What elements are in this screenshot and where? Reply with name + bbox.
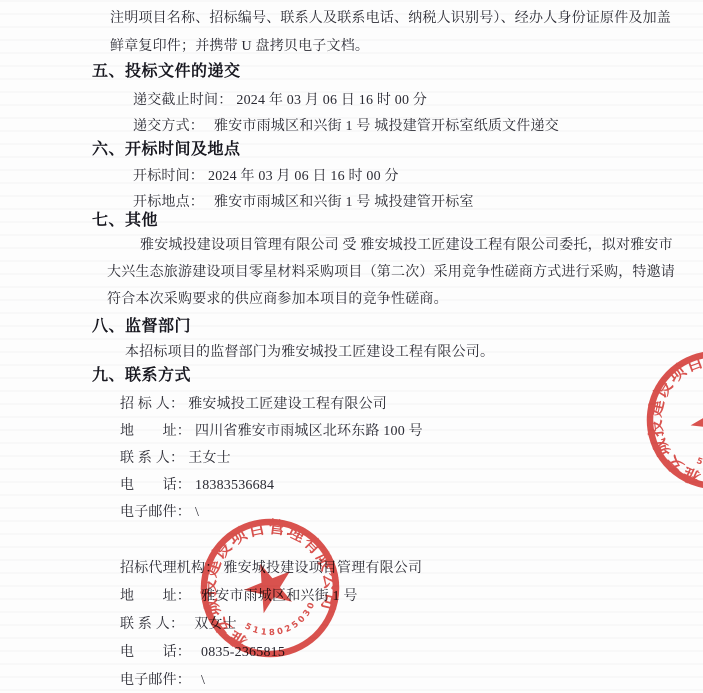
submission-method-line: 递交方式：雅安市雨城区和兴街 1 号 城投建管开标室纸质文件递交 xyxy=(133,118,559,135)
other-paragraph-line-2: 大兴生态旅游建设项目零星材料采购项目（第二次）采用竞争性磋商方式进行采购，特邀请 xyxy=(107,264,675,281)
opening-place-line: 开标地点：雅安市雨城区和兴街 1 号 城投建管开标室 xyxy=(133,194,474,211)
other-paragraph-line-3: 符合本次采购要求的供应商参加本项目的竞争性磋商。 xyxy=(107,291,448,308)
agency-email-line: 电子邮件：\ xyxy=(120,672,205,689)
opening-place-label: 开标地点： xyxy=(133,195,204,210)
other-paragraph-line-1: 雅安城投建设项目管理有限公司 受 雅安城投工匠建设工程有限公司委托，拟对雅安市 xyxy=(140,237,673,254)
tenderer-address-line: 地 址：四川省雅安市雨城区北环东路 100 号 xyxy=(120,423,423,440)
svg-text:雅安城投建设项目管理有限公司: 雅安城投建设项目管理有限公司 xyxy=(631,335,703,498)
supervision-body: 本招标项目的监督部门为雅安城投工匠建设工程有限公司。 xyxy=(125,344,494,361)
document-page: 注明项目名称、招标编号、联系人及联系电话、纳税人识别号）、经办人身份证原件及加盖… xyxy=(0,0,703,693)
seal-star-icon xyxy=(682,385,703,450)
tenderer-phone-value: 18383536684 xyxy=(195,478,274,493)
section6-heading: 六、开标时间及地点 xyxy=(92,140,241,159)
opening-time-value: 2024 年 03 月 06 日 16 时 00 分 xyxy=(208,169,399,184)
opening-time-label: 开标时间： xyxy=(133,169,204,184)
submission-deadline-line: 递交截止时间：2024 年 03 月 06 日 16 时 00 分 xyxy=(133,92,427,109)
opening-time-line: 开标时间：2024 年 03 月 06 日 16 时 00 分 xyxy=(133,168,399,185)
section9-heading: 九、联系方式 xyxy=(92,366,191,385)
tenderer-address-label: 地 址： xyxy=(120,424,191,439)
carryover-line-2: 鲜章复印件；并携带 U 盘拷贝电子文档。 xyxy=(110,38,369,55)
section7-heading: 七、其他 xyxy=(92,211,158,230)
tenderer-name-label: 招 标 人： xyxy=(120,397,184,412)
deadline-value: 2024 年 03 月 06 日 16 时 00 分 xyxy=(236,93,427,108)
seal-company-text: 雅安城投建设项目管理有限公司 xyxy=(631,335,703,498)
company-seal-right-edge: 雅安城投建设项目管理有限公司 5118025030279 xyxy=(631,335,703,505)
tenderer-contact-label: 联 系 人： xyxy=(120,451,184,466)
agency-email-label: 电子邮件： xyxy=(120,673,191,688)
agency-phone-label: 电 话： xyxy=(120,645,191,660)
tenderer-contact-line: 联 系 人：王女士 xyxy=(120,450,231,467)
agency-email-value: \ xyxy=(201,673,205,688)
method-value: 雅安市雨城区和兴街 1 号 城投建管开标室纸质文件递交 xyxy=(214,119,559,134)
tenderer-name-line: 招 标 人：雅安城投工匠建设工程有限公司 xyxy=(120,396,387,413)
deadline-label: 递交截止时间： xyxy=(133,93,232,108)
agency-contact-label: 联 系 人： xyxy=(120,617,184,632)
section8-heading: 八、监督部门 xyxy=(92,317,191,336)
section5-heading: 五、投标文件的递交 xyxy=(92,62,241,81)
tenderer-contact-value: 王女士 xyxy=(188,451,231,466)
tenderer-phone-label: 电 话： xyxy=(120,478,191,493)
tenderer-name-value: 雅安城投工匠建设工程有限公司 xyxy=(188,397,387,412)
opening-place-value: 雅安市雨城区和兴街 1 号 城投建管开标室 xyxy=(214,195,474,210)
carryover-line-1: 注明项目名称、招标编号、联系人及联系电话、纳税人识别号）、经办人身份证原件及加盖 xyxy=(110,10,671,27)
tenderer-email-label: 电子邮件： xyxy=(120,505,191,520)
tenderer-address-value: 四川省雅安市雨城区北环东路 100 号 xyxy=(195,424,423,439)
company-seal-main: 雅安城投建设项目管理有限公司 5118025030279 xyxy=(185,503,355,673)
seal-star-icon xyxy=(237,555,300,617)
agency-address-label: 地 址： xyxy=(120,589,191,604)
method-label: 递交方式： xyxy=(133,119,204,134)
tenderer-phone-line: 电 话：18383536684 xyxy=(120,477,274,494)
